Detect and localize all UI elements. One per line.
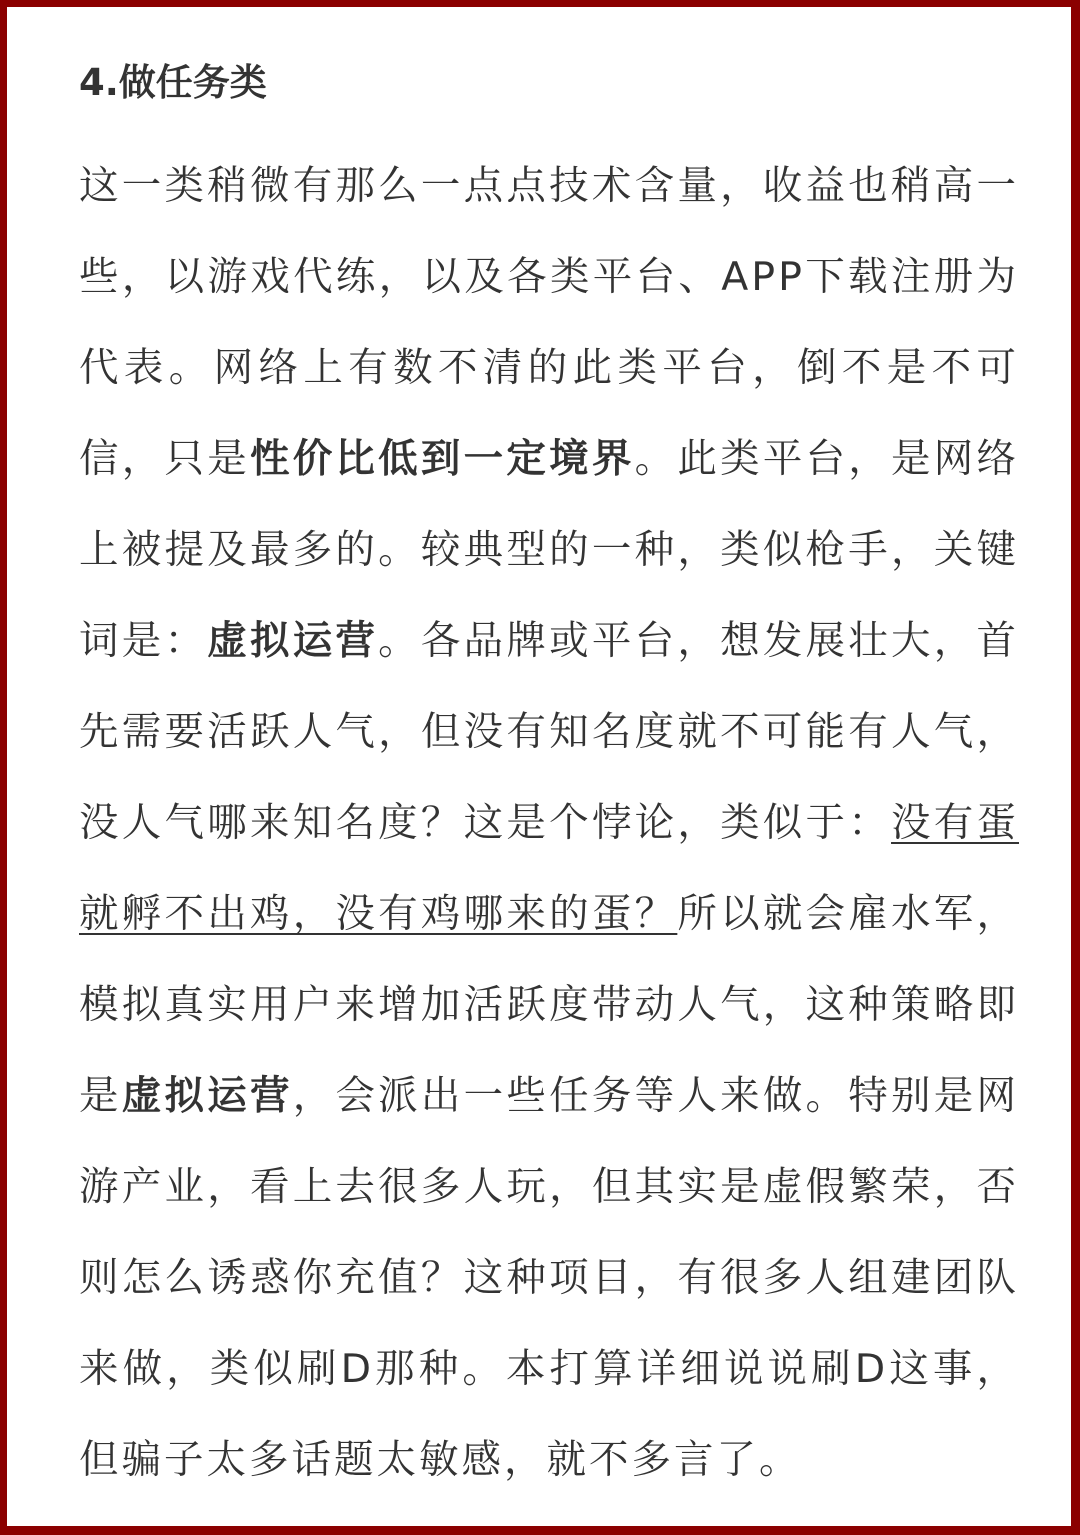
- keyword-virtual-operation-2: 虚拟运营: [122, 1073, 293, 1119]
- page-frame: 4.做任务类 这一类稍微有那么一点点技术含量，收益也稍高一些，以游戏代练，以及各…: [0, 0, 1080, 1535]
- article-content: 4.做任务类 这一类稍微有那么一点点技术含量，收益也稍高一些，以游戏代练，以及各…: [73, 57, 1019, 1506]
- section-heading: 4.做任务类: [79, 57, 1019, 109]
- keyword-virtual-operation: 虚拟运营: [207, 618, 378, 664]
- emphasis-text: 性价比低到一定境界: [250, 436, 635, 482]
- article-paragraph: 这一类稍微有那么一点点技术含量，收益也稍高一些，以游戏代练，以及各类平台、APP…: [79, 141, 1019, 1506]
- text-segment: ，会派出一些任务等人来做。特别是网游产业，看上去很多人玩，但其实是虚假繁荣，否则…: [79, 1073, 1019, 1483]
- text-segment: 这一类稍微有那么一点点技术含量，收益也稍高一些，以游戏代练，以及各类平台、APP…: [79, 163, 1019, 482]
